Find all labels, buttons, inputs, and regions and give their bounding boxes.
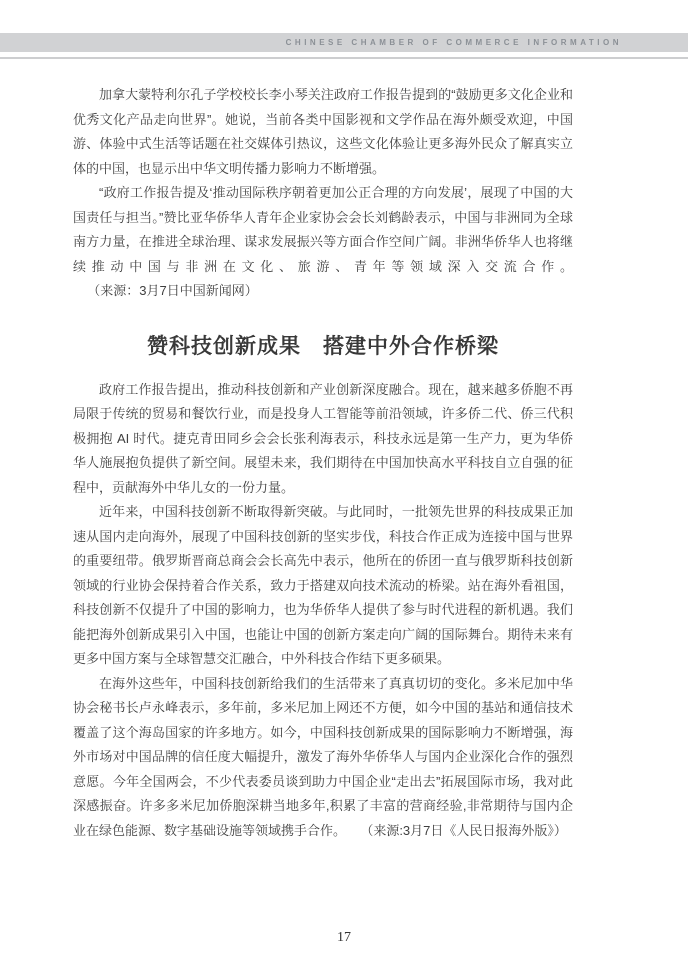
article1-paragraph-2: “政府工作报告提及‘推动国际秩序朝着更加公正合理的方向发展’，展现了中国的大国责… bbox=[73, 181, 573, 304]
paragraph-text: 政府工作报告提出，推动科技创新和产业创新深度融合。现在，越来越多侨胞不再局限于传… bbox=[73, 382, 573, 495]
header-band: CHINESE CHAMBER OF COMMERCE INFORMATION bbox=[0, 33, 688, 52]
source-attribution: （来源：3月7日中国新闻网） bbox=[94, 283, 258, 298]
article1-paragraph-1: 加拿大蒙特利尔孔子学校校长李小琴关注政府工作报告提到的“鼓励更多文化企业和优秀文… bbox=[73, 83, 573, 181]
paragraph-text: “政府工作报告提及‘推动国际秩序朝着更加公正合理的方向发展’，展现了中国的大国责… bbox=[73, 185, 573, 274]
article2-paragraph-2: 近年来，中国科技创新不断取得新突破。与此同时，一批领先世界的科技成果正加速从国内… bbox=[73, 500, 573, 672]
paragraph-text: 在海外这些年，中国科技创新给我们的生活带来了真真切切的变化。多米尼加中华协会秘书… bbox=[73, 676, 573, 838]
document-page: CHINESE CHAMBER OF COMMERCE INFORMATION … bbox=[0, 0, 688, 971]
article-content: 加拿大蒙特利尔孔子学校校长李小琴关注政府工作报告提到的“鼓励更多文化企业和优秀文… bbox=[73, 83, 573, 843]
article2-paragraph-1: 政府工作报告提出，推动科技创新和产业创新深度融合。现在，越来越多侨胞不再局限于传… bbox=[73, 378, 573, 501]
paragraph-text: 近年来，中国科技创新不断取得新突破。与此同时，一批领先世界的科技成果正加速从国内… bbox=[73, 504, 573, 666]
page-footer: 17 bbox=[0, 928, 688, 946]
article2-paragraph-3: 在海外这些年，中国科技创新给我们的生活带来了真真切切的变化。多米尼加中华协会秘书… bbox=[73, 672, 573, 844]
article2-title: 赞科技创新成果 搭建中外合作桥梁 bbox=[73, 332, 573, 362]
header-banner-text: CHINESE CHAMBER OF COMMERCE INFORMATION bbox=[286, 38, 622, 47]
source-attribution: （来源:3月7日《人民日报海外版》） bbox=[367, 823, 567, 838]
paragraph-text: 加拿大蒙特利尔孔子学校校长李小琴关注政府工作报告提到的“鼓励更多文化企业和优秀文… bbox=[73, 87, 573, 176]
header-rule bbox=[0, 57, 688, 59]
page-number: 17 bbox=[337, 930, 351, 945]
